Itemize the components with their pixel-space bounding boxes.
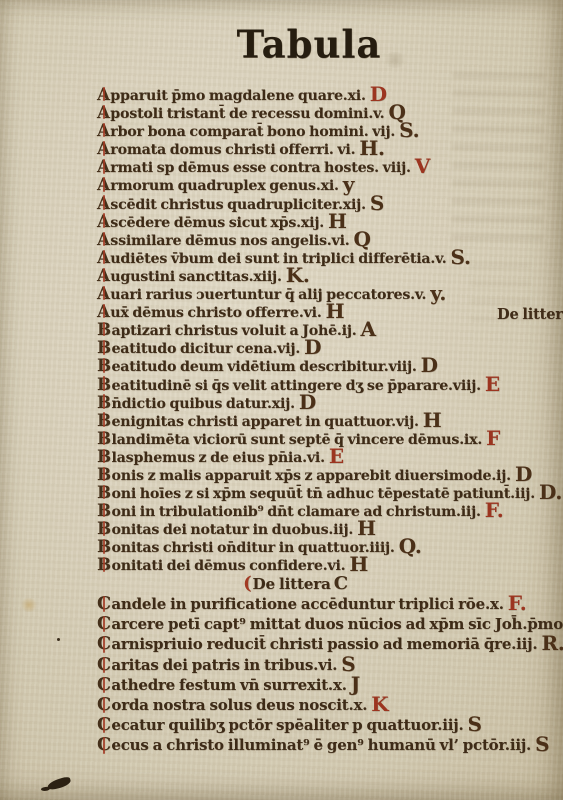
entry-text: aritas dei patris in tribus.vi. [111,656,337,674]
reference-letter: S [468,712,482,736]
entry-text: n̄dictio quibus datur.xij. [111,396,294,412]
entry-text: uari rarius ɔuertuntur q̄ alij peccatore… [110,287,426,303]
rubricated-initial: B [97,555,111,573]
heading-c-text: De littera [252,575,330,593]
entry-text: ecatur quilibʒ pctōr spēaliter p quattuo… [111,716,463,734]
entry-text: orda nostra solus deus noscit.x. [111,696,367,714]
entry-text: lasphemus z de eius pn̄ia.vi. [111,450,324,466]
reference-letter: F [486,426,500,450]
entry-text: pparuit p̄mo magdalene quare.xi. [110,88,365,104]
rubricated-initial: B [97,465,111,483]
rubricated-initial: C [97,614,111,634]
entry-text: oni hoīes z si xp̄m sequūt̄ tn̄ adhuc tē… [111,486,534,502]
rubricated-initial: A [97,302,110,320]
index-entry: Cecus a christo illuminat⁹ ē gen⁹ humanū… [97,734,549,754]
entry-text: ssimilare dēmus nos angelis.vi. [110,233,349,249]
rubricated-initial: A [97,194,110,212]
section-littera-a-b: Apparuit p̄mo magdalene quare.xi.DAposto… [97,85,549,574]
rubric-pilcrow-icon: ( [243,573,251,594]
entry-text: ux̄ dēmus christo offerre.vi. [110,305,321,321]
index-entry: Beatitudo dicitur cena.vij.D [97,338,549,356]
index-entry: Armorum quadruplex genus.xi.y [97,175,549,193]
entry-text: postoli tristant̄ de recessu domini.v. [110,106,384,122]
index-entry: Arbor bona comparat̄ bono homini. vij.S. [97,121,549,139]
page-title: Tabula [0,21,563,67]
index-entry: Apostoli tristant̄ de recessu domini.v.Q [97,103,549,121]
rubricated-initial: B [97,447,111,465]
rubricated-initial: B [97,411,111,429]
index-entry: Cathedre festum vn̄ surrexit.x.J [97,674,549,694]
reference-letter: D. [539,480,562,504]
reference-letter: K [371,692,388,716]
reference-letter: S [370,191,384,215]
rubricated-initial: C [97,675,111,695]
entry-text: rbor bona comparat̄ bono homini. vij. [110,124,395,140]
entry-text: romata domus christi offerri. vi. [110,142,355,158]
rubricated-initial: C [97,594,111,614]
rubricated-initial: A [97,175,110,193]
entry-text: athedre festum vn̄ surrexit.x. [111,676,346,694]
rubricated-initial: B [97,356,111,374]
index-entry: Ascēdere dēmus sicut xp̄s.xij.H [97,212,549,230]
reference-letter: S. [450,245,470,269]
reference-letter: E [485,372,500,396]
entry-text: rmorum quadruplex genus.xi. [110,178,338,194]
index-entry: Armati sp dēmus esse contra hostes. viij… [97,157,549,175]
entry-text: enignitas christi apparet in quattuor.vi… [111,414,418,430]
reference-letter: F. [485,498,504,522]
entry-text: arnispriuio reducit̄ christi passio ad m… [111,635,537,653]
index-entry: Blandimēta viciorū sunt septē q̄ vincere… [97,429,549,447]
reference-letter: J [351,672,360,696]
rubricated-initial: A [97,157,110,175]
index-entry: Blasphemus z de eius pn̄ia.vi.E [97,447,549,465]
entry-text: rmati sp dēmus esse contra hostes. viij. [110,160,410,176]
entry-text: ecus a christo illuminat⁹ ē gen⁹ humanū … [111,736,531,754]
rubricated-initial: C [97,695,111,715]
index-entry: Apparuit p̄mo magdalene quare.xi.D [97,85,549,103]
reference-letter: F. [508,591,527,615]
rubricated-initial: A [97,121,110,139]
index-entry: Caritas dei patris in tribus.vi.S [97,654,549,674]
index-entry: Audiētes v̄bum dei sunt in triplici diff… [97,248,549,266]
rubricated-initial: B [97,519,111,537]
entry-text: ugustini sanctitas.xiij. [110,269,281,285]
index-entry: Boni hoīes z si xp̄m sequūt̄ tn̄ adhuc t… [97,483,549,501]
index-entry: Baptizari christus voluit a Johē.ij.A [97,320,549,338]
reference-letter: Q. [399,534,422,558]
index-entry: Augustini sanctitas.xiij.K. [97,266,549,284]
index-entry: Corda nostra solus deus noscit.x.K [97,694,549,714]
entry-text: eatitudinē si q̄s velit attingere dʒ se … [111,378,480,394]
index-entry: Auari rarius ɔuertuntur q̄ alij peccator… [97,284,549,302]
reference-letter: S [535,732,549,756]
index-entry: Bonis z malis apparuit xp̄s z apparebit … [97,465,549,483]
index-entry: Cecatur quilibʒ pctōr spēaliter p quattu… [97,714,549,734]
index-entry: Assimilare dēmus nos angelis.vi.Q [97,230,549,248]
reference-letter: D [299,390,316,414]
entry-text: onitas dei notatur in duobus.iij. [111,522,353,538]
rubricated-initial: A [97,103,110,121]
reference-letter: y. [430,281,446,305]
entry-text: oni in tribulationib⁹ dn̄t clamare ad ch… [111,504,480,520]
rubricated-initial: B [97,429,111,447]
de-littera-b-note: De littera B [497,302,563,324]
rubricated-initial: A [97,85,110,103]
rubricated-initial: C [97,715,111,735]
rubricated-initial: A [97,212,110,230]
rubricated-initial: A [97,139,110,157]
rubricated-initial: B [97,338,111,356]
rubricated-initial: B [97,320,111,338]
index-entry: Candele in purificatione accēduntur trip… [97,593,549,613]
index-entry: Bonitas dei notatur in duobus.iij.H [97,519,549,537]
note-b-text: De littera [497,306,563,323]
index-entry: Boni in tribulationib⁹ dn̄t clamare ad c… [97,501,549,519]
entry-text: onis z malis apparuit xp̄s z apparebit d… [111,468,510,484]
entry-text: onitati dei dēmus confidere.vi. [111,558,345,574]
rubricated-initial: B [97,537,111,555]
rubricated-initial: C [97,735,111,755]
reference-letter: H [349,552,368,576]
index-text-column: Apparuit p̄mo magdalene quare.xi.DAposto… [97,85,549,755]
reference-letter: D [421,353,438,377]
rubricated-initial: B [97,393,111,411]
rubricated-initial: C [97,634,111,654]
rubricated-initial: A [97,248,110,266]
entry-text: arcere petī capt⁹ mittat duos nūcios ad … [111,615,563,633]
reference-letter: V [415,154,430,178]
heading-de-littera-c: (De litteraC [97,574,549,594]
entry-text: eatitudo dicitur cena.vij. [111,341,300,357]
index-entry: Aromata domus christi offerri. vi.H. [97,139,549,157]
rubricated-initial: B [97,501,111,519]
section-littera-c: Candele in purificatione accēduntur trip… [97,593,549,755]
rubricated-initial: C [97,655,111,675]
entry-text: eatitudo deum vidētium describitur.viij. [111,359,416,375]
entry-text: andele in purificatione accēduntur tripl… [111,595,503,613]
index-entry: Aux̄ dēmus christo offerre.vi.H [97,302,549,320]
rubricated-initial: A [97,230,110,248]
incunabulum-page-scan: { "page": { "title": "Tabula" }, "headin… [0,0,563,800]
rubricated-initial: A [97,266,110,284]
reference-letter: y [343,172,354,196]
index-entry: Carcere petī capt⁹ mittat duos nūcios ad… [97,613,549,633]
rubricated-initial: B [97,375,111,393]
index-entry: Beatitudo deum vidētium describitur.viij… [97,356,549,374]
index-entry: Ascēdit christus quadrupliciter.xij.S [97,194,549,212]
index-entry: Bonitati dei dēmus confidere.vi.H [97,555,549,573]
entry-text: landimēta viciorū sunt septē q̄ vincere … [111,432,482,448]
reference-letter: R. [541,631,563,655]
index-entry: Beatitudinē si q̄s velit attingere dʒ se… [97,375,549,393]
reference-letter: A [361,317,376,341]
rubricated-initial: A [97,284,110,302]
rubricated-initial: B [97,483,111,501]
index-entry: Bonitas christi on̄ditur in quattuor.iii… [97,537,549,555]
entry-text: scēdere dēmus sicut xp̄s.xij. [110,215,324,231]
index-entry: Benignitas christi apparet in quattuor.v… [97,411,549,429]
index-entry: Carnispriuio reducit̄ christi passio ad … [97,633,549,653]
heading-c-letter: C [334,573,348,594]
reference-letter: S. [399,118,419,142]
entry-text: udiētes v̄bum dei sunt in triplici diffe… [110,251,446,267]
index-entry: Bn̄dictio quibus datur.xij.D [97,393,549,411]
